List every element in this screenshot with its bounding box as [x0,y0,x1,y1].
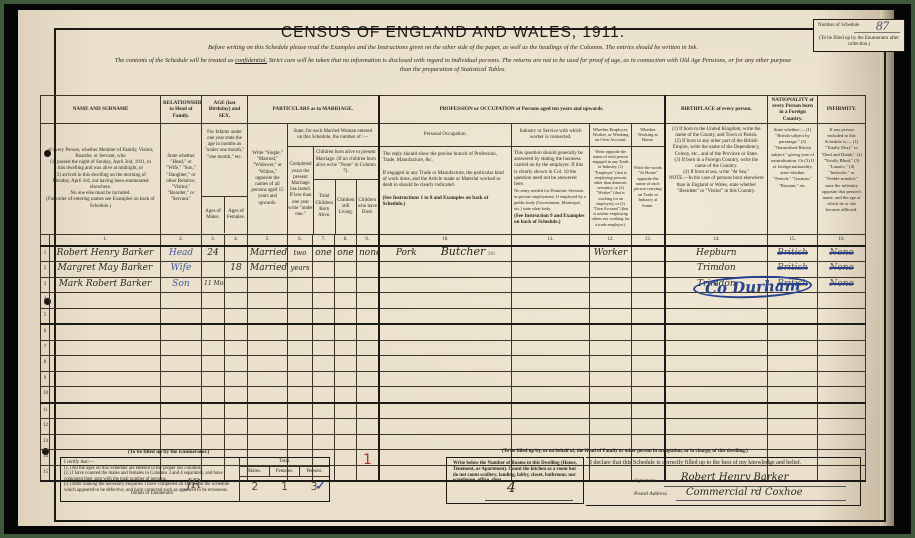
nationality-cell [768,434,818,450]
relationship-value: Wife [171,263,192,273]
enumerator-certificate: I certify that:— (1.) All the ages on th… [60,457,330,502]
industry-cell [512,277,590,293]
industry-cell [512,371,590,387]
column-number: 4. [225,234,248,246]
address-value: Commercial rd Coxhoe [686,487,803,498]
person-name: Margret May Barker [58,263,153,273]
age-male-cell [202,293,225,309]
age-female-cell [225,387,248,403]
row-number: 15 [41,465,50,481]
children-died-cell [357,262,379,278]
children-total-label: Total Children Born Alive. [314,180,336,234]
relationship-value-cell [161,434,202,450]
marital-status-cell [248,277,288,293]
working-at-home-cell [632,293,665,309]
birthplace-cell [665,434,768,450]
header-nationality: NATIONALITY of every Person born in a Fo… [768,96,818,124]
age-male-cell [202,262,225,278]
personal-occupation-cell [379,277,512,293]
age-female-cell [225,434,248,450]
declaration-text: I declare that this Schedule is correctl… [590,460,801,466]
rooms-box: Write below the Number of Rooms in this … [446,457,584,504]
person-name: Mark Robert Barker [59,279,152,289]
infirmity-cell [818,308,866,324]
age-male-cell [202,356,225,372]
underline [485,500,573,501]
married-woman-label: State, for each Married Woman entered on… [288,124,378,147]
working-at-home-cell [632,246,665,262]
personal-occupation-label: Personal Occupation. [380,124,512,147]
marital-status-cell: Married [248,262,288,278]
infirmity-cell [818,340,866,356]
children-died-cell [357,324,379,340]
desc-text: (2) If born in any other part of the Bri… [669,139,765,158]
personal-occupation-cell [379,387,512,403]
children-died-cell [357,340,379,356]
desc-text: (For order of entering names see Example… [46,197,155,209]
infirmity-cell [818,371,866,387]
marital-status-cell [248,293,288,309]
total-label: Total. [240,458,329,467]
employer-status-cell [590,387,632,403]
marital-status-cell [248,387,288,403]
person-name-cell: Robert Henry Barker [50,246,161,262]
relationship-value-cell: Head [161,246,202,262]
nationality-cell [768,419,818,435]
table-row: 12 [41,419,866,435]
nationality-cell [768,324,818,340]
children-total-cell [313,403,335,419]
years-married-cell [288,293,313,309]
relationship-value-cell [161,371,202,387]
children-died-cell [357,308,379,324]
infirmity-cell [818,387,866,403]
relationship-description: State whether "Head," or "Wife," "Son," … [161,123,202,234]
table-row: 1Robert Henry BarkerHead24Marriedtwooneo… [41,246,866,262]
children-died-cell [357,434,379,450]
birthplace-cell [665,387,768,403]
personal-occupation: Pork [396,248,417,258]
marital-status-cell [248,308,288,324]
schedule-number-note: (To be filled up by the Enumerator after… [817,36,901,48]
birthplace: Trimdon [697,263,736,273]
employer-status-cell [590,277,632,293]
age-female-cell [225,324,248,340]
initials-label: Initials of Enumerator [131,491,173,496]
children-living: one [337,248,354,258]
person-name-cell: Margret May Barker [50,262,161,278]
birthplace-cell [665,371,768,387]
marital-status-cell [248,340,288,356]
desc-text: This question should generally be answer… [514,150,587,188]
header-age: AGE (last Birthday) and SEX. [202,96,248,124]
females-label: Females. [270,467,300,476]
column-number: 8. [335,234,357,246]
person-name-cell [50,403,161,419]
notice-text: Strict care will be taken that no inform… [267,57,791,64]
children-died-label: Children who have Died. [357,180,378,234]
industry-label: Industry or Service with which worker is… [512,124,589,147]
infirmity-cell [818,324,866,340]
employer-status-cell [590,340,632,356]
desc-text: No entry needed for Domestic Servants in… [514,188,587,213]
children-total-cell [313,293,335,309]
birthplace-cell [665,403,768,419]
employer-status-cell [590,324,632,340]
person-name-cell [50,371,161,387]
employer-status-cell [590,419,632,435]
children-living-cell [335,403,357,419]
desc-text: The reply should show the precise branch… [383,151,509,164]
children-total-cell [313,262,335,278]
desc-text: (See Instructions 1 to 8 and Examples on… [383,195,509,208]
column-number: 1. [50,234,161,246]
employer-label: Whether Employer, Worker, or Working on … [590,124,631,147]
confidential-notice-line2: than the preparation of Statistical Tabl… [18,66,888,73]
children-living-cell [335,434,357,450]
employer-status-cell [590,371,632,387]
infirmity: None [829,279,853,289]
years-married: two [293,249,306,257]
at-home-label: Whether Working at Home. [632,124,664,147]
table-row: 6 [41,324,866,340]
relationship-value-cell [161,387,202,403]
marital-status-cell [248,356,288,372]
row-number: 9 [41,371,50,387]
industry-cell [512,324,590,340]
industry-cell [512,387,590,403]
infirmity-cell: None [818,262,866,278]
employer-status-cell [590,308,632,324]
children-total-cell [313,356,335,372]
desc-text: (1) If born in the United Kingdom, write… [669,127,765,139]
personal-occupation-cell [379,293,512,309]
table-row: 10 [41,387,866,403]
column-number: 5. [248,234,288,246]
children-died-cell [357,419,379,435]
working-at-home-cell [632,262,665,278]
children-died-cell [357,371,379,387]
at-home-section: Whether Working at Home. Write the words… [632,123,665,234]
age-male-cell [202,324,225,340]
column-number: 2. [161,234,202,246]
column-number: 6. [288,234,313,246]
personal-occupation-cell [379,371,512,387]
desc-text: For Infants under one year state the age… [202,124,247,196]
working-at-home-cell [632,356,665,372]
infirmity-cell [818,293,866,309]
industry-cell [512,434,590,450]
nationality-cell [768,403,818,419]
age-males-label: Ages of Males. [202,197,225,233]
years-married-cell [288,340,313,356]
infirmity-cell [818,403,866,419]
row-number: 8 [41,356,50,372]
column-number: 16. [818,234,866,246]
age-male-cell [202,340,225,356]
personal-occupation-cell [379,340,512,356]
relationship-value-cell [161,308,202,324]
column-number: 10. [379,234,512,246]
children-total-cell [313,277,335,293]
schedule-number-label: Number of Schedule [818,23,859,28]
row-number: 4 [41,293,50,309]
birthplace: Hepburn [696,248,737,258]
age-female-cell [225,419,248,435]
nationality-cell [768,356,818,372]
age-male-cell [202,434,225,450]
blank [41,234,50,246]
nationality: British [777,263,808,273]
infirmity-cell [818,356,866,372]
column-number-row: 1. 2. 3. 4. 5. 6. 7. 8. 9. 10. 11. 12. 1… [41,234,866,246]
employer-status-cell [590,434,632,450]
males-label: Males. [240,467,270,476]
children-living-cell [335,387,357,403]
personal-occupation-cell [379,403,512,419]
desc-text: (1) passed the night of Sunday, April 2n… [46,160,155,172]
years-married-cell [288,419,313,435]
children-died: none [359,248,379,258]
person-name-cell [50,387,161,403]
desc-text: NOTE.—In the case of persons born elsewh… [669,176,765,195]
age-male-cell [202,387,225,403]
children-died-cell: none [357,246,379,262]
industry-cell [512,293,590,309]
employer-status-cell [590,262,632,278]
years-married-cell [288,387,313,403]
children-living-cell [335,277,357,293]
children-died-cell [357,277,379,293]
nationality-cell: British [768,262,818,278]
personal-occupation-cell [379,434,512,450]
working-at-home-cell [632,371,665,387]
initials-value: JR [186,482,201,488]
desc-text: (2) arrived in this dwelling on the morn… [46,173,155,192]
row-number: 3 [41,277,50,293]
children-died-cell [357,293,379,309]
industry-cell [512,419,590,435]
children-living-cell [335,465,357,481]
industry-cell [512,262,590,278]
age-female-cell [225,293,248,309]
relationship-value-cell [161,340,202,356]
children-died-cell [357,356,379,372]
header-marriage: PARTICULARS as to MARRIAGE. [248,96,379,124]
table-row: 13 [41,434,866,450]
personal-occupation-cell [379,419,512,435]
working-at-home-cell [632,277,665,293]
header-infirmity: INFIRMITY. [818,96,866,124]
birthplace-cell [665,419,768,435]
household-caption: (To be filled up by, or on behalf of, th… [502,449,748,454]
years-married-cell [288,434,313,450]
age-male-cell: 11 Months [202,277,225,293]
marital-status-cell [248,419,288,435]
header-relationship: RELATIONSHIP to Head of Family. [161,96,202,124]
children-living-cell [335,419,357,435]
industry-cell [512,403,590,419]
age-male-cell [202,419,225,435]
birthplace-description: (1) If born in the United Kingdom, write… [665,123,768,234]
married-woman-section: State, for each Married Woman entered on… [288,123,379,234]
person-name-cell [50,293,161,309]
children-total-cell: one [313,246,335,262]
column-number: 7. [313,234,335,246]
column-number: 13. [632,234,665,246]
working-at-home-cell [632,324,665,340]
working-at-home-cell [632,419,665,435]
age-females-label: Ages of Females. [225,197,247,233]
infirmity: None [829,263,853,273]
industry-cell [512,356,590,372]
industry-section: Industry or Service with which worker is… [512,123,590,234]
years-married-cell [288,356,313,372]
relationship-value-cell [161,356,202,372]
row-number: 2 [41,262,50,278]
column-number: 12. [590,234,632,246]
marital-status-cell: Married [248,246,288,262]
age-female-cell [225,371,248,387]
children-living-cell [335,371,357,387]
desc-text: (3) If born in a Foreign Country, write … [669,158,765,170]
employer-status-cell [590,403,632,419]
children-living-label: Children still Living. [336,180,358,234]
years-married-cell [288,403,313,419]
age-female-cell: 18 [225,262,248,278]
marriage-description: Write "Single," "Married," "Widower," or… [248,123,288,234]
relationship-value-cell: Son [161,277,202,293]
person-name-cell [50,340,161,356]
form-title: CENSUS OF ENGLAND AND WALES, 1911. [18,24,888,42]
females-total: 1 [270,477,300,497]
marital-status-cell [248,324,288,340]
row-number: 7 [41,340,50,356]
red-tally-mark: 1 [363,452,372,468]
age-male-cell: 24 [202,246,225,262]
employer-status: Worker [594,248,627,258]
table-row: 11 [41,403,866,419]
age-male-cell [202,403,225,419]
signature-label: Signature [634,478,655,484]
nationality: British [777,248,808,258]
employer-status-cell [590,356,632,372]
row-number: 12 [41,419,50,435]
age-male: 11 Months [204,280,225,287]
children-total-cell [313,340,335,356]
row-number: 11 [41,403,50,419]
certificate-text: I certify that:— (1.) All the ages on th… [64,460,234,494]
desc-text: of every Person, whether Member of Famil… [46,148,155,160]
years-married-cell: years [288,262,313,278]
children-died-cell [357,387,379,403]
underline [854,32,900,33]
marital-status: Married [250,263,287,273]
children-living-cell [335,293,357,309]
age-male-cell [202,308,225,324]
children-living-cell [335,262,357,278]
rooms-value: 4 [507,486,516,492]
relationship-value-cell [161,419,202,435]
children-total-cell [313,324,335,340]
children-living-cell [335,356,357,372]
children-living-cell [335,450,357,466]
birthplace-cell [665,356,768,372]
years-married-cell [288,324,313,340]
nationality-cell [768,308,818,324]
working-at-home-cell [632,387,665,403]
years-married-cell [288,308,313,324]
personal-occupation-cell [379,356,512,372]
infirmity-description: If any person included in this Schedule … [818,123,866,234]
column-number: 3. [202,234,225,246]
table-row: 8 [41,356,866,372]
declaration-box: I declare that this Schedule is correctl… [586,457,861,506]
nationality-cell [768,371,818,387]
age-female-cell [225,356,248,372]
years-married-cell: two [288,246,313,262]
certify-item: (2.) I have counted the males and female… [64,471,234,482]
notice-text: The contents of the Schedule will be tre… [115,57,235,64]
person-name-cell [50,356,161,372]
persons-label: Persons. [300,467,329,476]
relationship-value: Head [169,248,193,258]
occupation-detail: Butcher [441,246,486,259]
years-married-label: Completed years the present Marriage has… [288,147,314,234]
nationality-cell: British [768,246,818,262]
personal-occupation-cell [379,308,512,324]
children-living-cell [335,308,357,324]
personal-occupation-cell: PorkButcher310 [379,246,512,262]
person-name-cell [50,324,161,340]
years-married-cell [288,277,313,293]
nationality-cell [768,387,818,403]
person-name-cell: Mark Robert Barker [50,277,161,293]
header-birthplace: BIRTHPLACE of every person. [665,96,768,124]
confidential-word: confidential. [235,57,267,64]
children-born-label: Children born alive to present Marriage.… [314,147,378,180]
years-married-cell [288,371,313,387]
employer-status-cell [590,293,632,309]
row-number: 6 [41,324,50,340]
desc-text: If engaged in any Trade or Manufacture, … [383,170,509,189]
birthplace-cell [665,324,768,340]
employer-section: Whether Employer, Worker, or Working on … [590,123,632,234]
marital-status-cell [248,371,288,387]
industry-cell [512,340,590,356]
confidential-notice: The contents of the Schedule will be tre… [18,57,888,64]
birthplace-cell [665,308,768,324]
age-female-cell [225,340,248,356]
row-number: 13 [41,434,50,450]
table-row: 2Margret May BarkerWife18MarriedyearsTri… [41,262,866,278]
males-total: 2 [240,477,270,497]
table-row: 7 [41,340,866,356]
working-at-home-cell [632,403,665,419]
age-description: For Infants under one year state the age… [202,123,248,234]
children-living-cell [335,324,357,340]
marital-status-cell [248,434,288,450]
desc-text: (See Instruction 9 and Examples on back … [514,213,587,226]
column-number: 9. [357,234,379,246]
children-total-cell [313,308,335,324]
column-number: 15. [768,234,818,246]
infirmity-cell [818,434,866,450]
working-at-home-cell [632,434,665,450]
name-description: of every Person, whether Member of Famil… [41,123,161,234]
signature-value: Robert Henry Barker [681,472,788,483]
birthplace-cell [665,340,768,356]
